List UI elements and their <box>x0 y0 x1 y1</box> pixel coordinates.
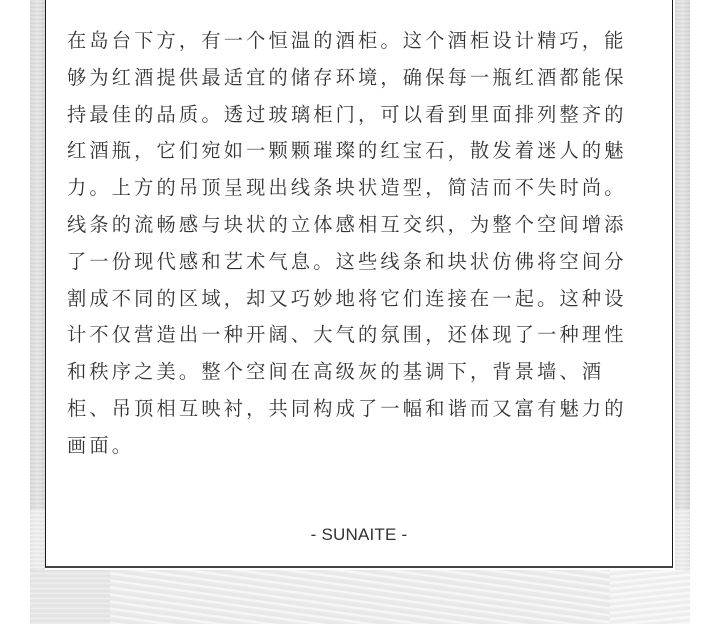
article-line: 计不仅营造出一种开阔、大气的氛围，还体现了一种理性 <box>67 317 657 354</box>
bottom-texture-strip <box>30 570 690 624</box>
article-line: 线条的流畅感与块状的立体感相互交织，为整个空间增添 <box>67 207 657 244</box>
article-line: 在岛台下方，有一个恒温的酒柜。这个酒柜设计精巧，能 <box>67 23 657 60</box>
article-line: 画面。 <box>67 428 657 465</box>
article-line: 持最佳的品质。透过玻璃柜门，可以看到里面排列整齐的 <box>67 97 657 134</box>
bottom-texture-panel <box>110 570 610 624</box>
article-card: 在岛台下方，有一个恒温的酒柜。这个酒柜设计精巧，能 够为红酒提供最适宜的储存环境… <box>45 0 673 568</box>
brand-signature: - SUNAITE - <box>46 525 672 545</box>
texture-bar-right-upper <box>675 0 690 510</box>
texture-bar-left-upper <box>30 0 45 510</box>
article-body: 在岛台下方，有一个恒温的酒柜。这个酒柜设计精巧，能 够为红酒提供最适宜的储存环境… <box>67 23 657 465</box>
bottom-texture-panel-right <box>610 570 690 624</box>
article-line: 割成不同的区域，却又巧妙地将它们连接在一起。这种设 <box>67 281 657 318</box>
article-line: 够为红酒提供最适宜的储存环境，确保每一瓶红酒都能保 <box>67 60 657 97</box>
article-line: 柜、吊顶相互映衬，共同构成了一幅和谐而又富有魅力的 <box>67 391 657 428</box>
article-line: 红酒瓶，它们宛如一颗颗璀璨的红宝石，散发着迷人的魅 <box>67 133 657 170</box>
article-line: 了一份现代感和艺术气息。这些线条和块状仿佛将空间分 <box>67 244 657 281</box>
article-line: 力。上方的吊顶呈现出线条块状造型，简洁而不失时尚。 <box>67 170 657 207</box>
article-line: 和秩序之美。整个空间在高级灰的基调下，背景墙、酒 <box>67 354 657 391</box>
